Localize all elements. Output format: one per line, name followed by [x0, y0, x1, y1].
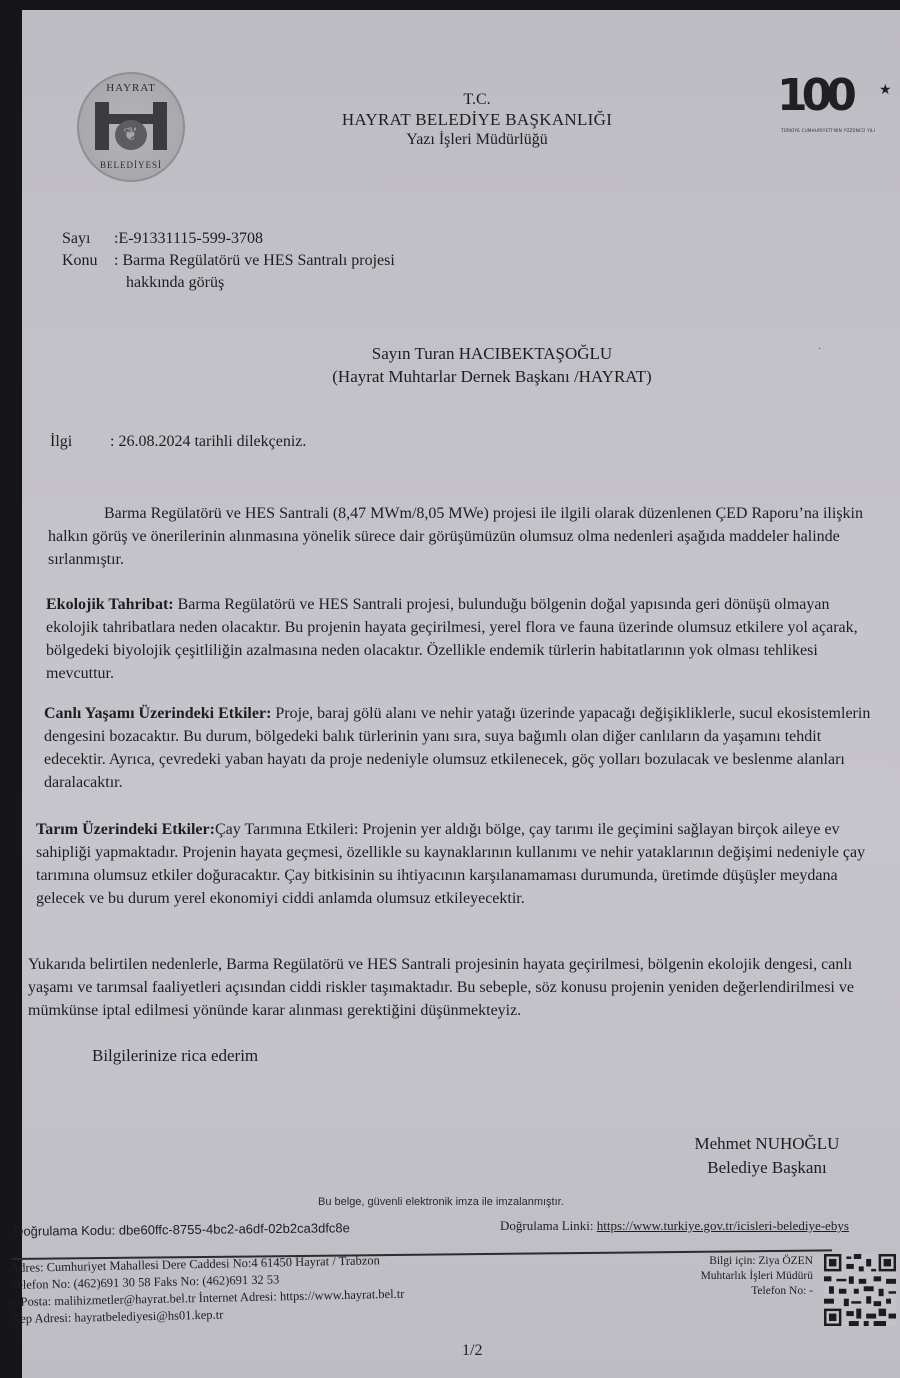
- sayi-label: Sayı: [62, 228, 114, 250]
- centennial-caption: TÜRKİYE CUMHURİYETİ'NİN YÜZÜNCÜ YILI: [781, 128, 875, 133]
- esignature-note: Bu belge, güvenli elektronik imza ile im…: [318, 1196, 564, 1208]
- conclusion-paragraph: Yukarıda belirtilen nedenlerle, Barma Re…: [28, 953, 878, 1022]
- pen-mark: ·: [818, 344, 821, 355]
- section-agriculture: Tarım Üzerindeki Etkiler:Çay Tarımına Et…: [36, 818, 871, 910]
- signatory-title: Belediye Başkanı: [652, 1156, 882, 1180]
- sayi-value: :E-91331115-599-3708: [114, 230, 263, 247]
- intro-paragraph: Barma Regülatörü ve HES Santrali (8,47 M…: [48, 502, 883, 571]
- signature-block: Mehmet NUHOĞLU Belediye Başkanı: [652, 1132, 882, 1180]
- section-wildlife: Canlı Yaşamı Üzerindeki Etkiler: Proje, …: [44, 702, 879, 794]
- star-icon: ★: [879, 82, 892, 99]
- logo-shape: [153, 102, 167, 150]
- verification-link-label: Doğrulama Linki:: [500, 1218, 594, 1233]
- ilgi-label: İlgi: [50, 433, 110, 451]
- page-number: 1/2: [462, 1342, 482, 1360]
- addressee-name: Sayın Turan HACIBEKTAŞOĞLU: [282, 342, 702, 365]
- info-contact-phone: Telefon No: -: [668, 1284, 813, 1299]
- qr-code-icon[interactable]: [824, 1250, 896, 1330]
- contact-info: Bilgi için: Ziya ÖZEN Muhtarlık İşleri M…: [668, 1254, 813, 1299]
- konu-value-cont: hakkında görüş: [62, 272, 395, 294]
- logo-bottom-text: BELEDİYESİ: [79, 160, 183, 170]
- ilgi-value: : 26.08.2024 tarihli dilekçeniz.: [110, 433, 306, 450]
- section-title: Canlı Yaşamı Üzerindeki Etkiler:: [44, 705, 271, 722]
- footer-contact: Adres: Cumhuriyet Mahallesi Dere Caddesi…: [10, 1252, 405, 1328]
- verification-link: Doğrulama Linki: https://www.turkiye.gov…: [500, 1218, 849, 1234]
- info-contact-name: Bilgi için: Ziya ÖZEN: [668, 1254, 813, 1269]
- signatory-name: Mehmet NUHOĞLU: [652, 1132, 882, 1156]
- document-page: HAYRAT ❦ BELEDİYESİ T.C. HAYRAT BELEDİYE…: [22, 10, 900, 1378]
- info-contact-title: Muhtarlık İşleri Müdürü: [668, 1269, 813, 1284]
- addressee: Sayın Turan HACIBEKTAŞOĞLU (Hayrat Muhta…: [282, 342, 702, 388]
- centennial-number: 100: [777, 70, 851, 121]
- institution-name: HAYRAT BELEDİYE BAŞKANLIĞI: [292, 110, 662, 130]
- konu-value: : Barma Regülatörü ve HES Santralı proje…: [114, 252, 395, 269]
- verification-code-value: dbe60ffc-8755-4bc2-a6df-02b2ca3dfc8e: [119, 1220, 350, 1237]
- logo-shape: [95, 102, 109, 150]
- leaf-icon: ❦: [123, 124, 138, 145]
- verification-link-url[interactable]: https://www.turkiye.gov.tr/icisleri-bele…: [597, 1218, 849, 1233]
- municipality-logo: HAYRAT ❦ BELEDİYESİ: [77, 72, 185, 182]
- letterhead: T.C. HAYRAT BELEDİYE BAŞKANLIĞI Yazı İşl…: [292, 90, 662, 150]
- konu-label: Konu: [62, 250, 114, 272]
- verification-code-label: Doğrulama Kodu:: [14, 1223, 115, 1239]
- closing-line: Bilgilerinize rica ederim: [92, 1046, 258, 1066]
- addressee-title: (Hayrat Muhtarlar Dernek Başkanı /HAYRAT…: [282, 365, 702, 388]
- centennial-logo: 100 ★ TÜRKİYE CUMHURİYETİ'NİN YÜZÜNCÜ YI…: [777, 70, 897, 140]
- verification-code: Doğrulama Kodu: dbe60ffc-8755-4bc2-a6df-…: [14, 1220, 350, 1239]
- section-ecological: Ekolojik Tahribat: Barma Regülatörü ve H…: [46, 593, 881, 685]
- section-title: Ekolojik Tahribat:: [46, 596, 174, 613]
- ilgi-line: İlgi: 26.08.2024 tarihli dilekçeniz.: [50, 433, 306, 451]
- logo-top-text: HAYRAT: [79, 82, 183, 94]
- section-title: Tarım Üzerindeki Etkiler:: [36, 821, 215, 838]
- tc-label: T.C.: [292, 90, 662, 110]
- department-name: Yazı İşleri Müdürlüğü: [292, 130, 662, 150]
- reference-block: Sayı:E-91331115-599-3708 Konu: Barma Reg…: [62, 228, 395, 294]
